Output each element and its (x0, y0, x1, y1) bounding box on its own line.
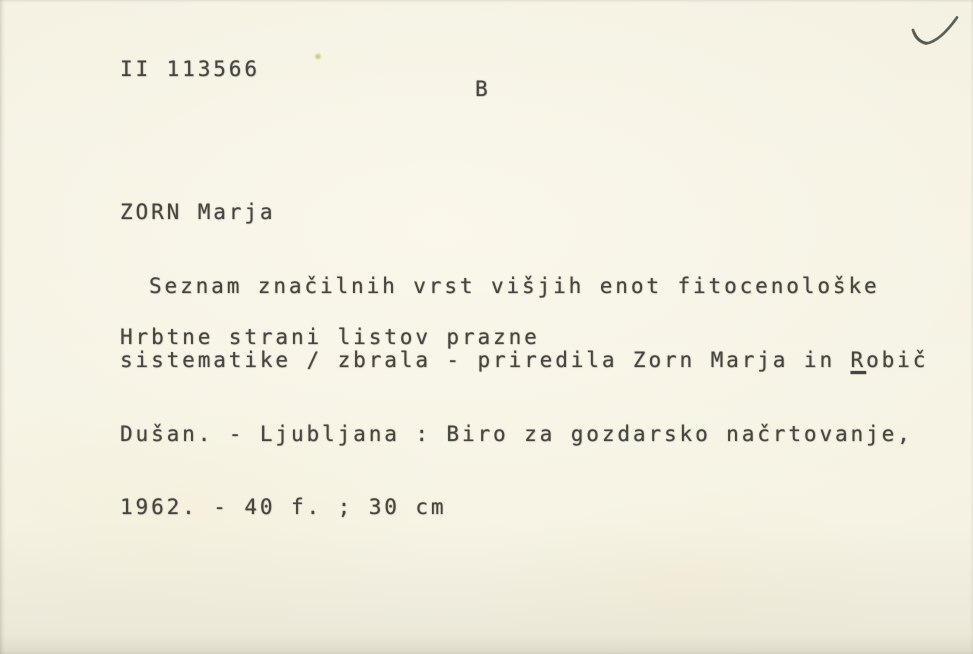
section-letter: B (475, 77, 491, 102)
author-heading: ZORN Marja (120, 200, 928, 225)
title-line-3: Dušan. - Ljubljana : Biro za gozdarsko n… (120, 422, 928, 447)
title-line-2: sistematike / zbrala - priredila Zorn Ma… (120, 348, 928, 373)
main-entry: ZORN Marja Seznam značilnih vrst višjih … (120, 151, 928, 569)
title-line-1: Seznam značilnih vrst višjih enot fitoce… (120, 274, 928, 299)
call-number: II 113566 (120, 57, 260, 82)
handwritten-checkmark-icon (880, 8, 970, 53)
catalog-card: II 113566 B ZORN Marja Seznam značilnih … (0, 0, 973, 654)
note-line: Hrbtne strani listov prazne (120, 325, 540, 350)
title-line-4: 1962. - 40 f. ; 30 cm (120, 495, 928, 520)
ink-dot (314, 53, 322, 60)
title-line-2-pre: sistematike / zbrala - priredila Zorn Ma… (120, 348, 851, 372)
underlined-letter: R (851, 348, 867, 372)
title-line-2-post: obič (866, 348, 928, 372)
